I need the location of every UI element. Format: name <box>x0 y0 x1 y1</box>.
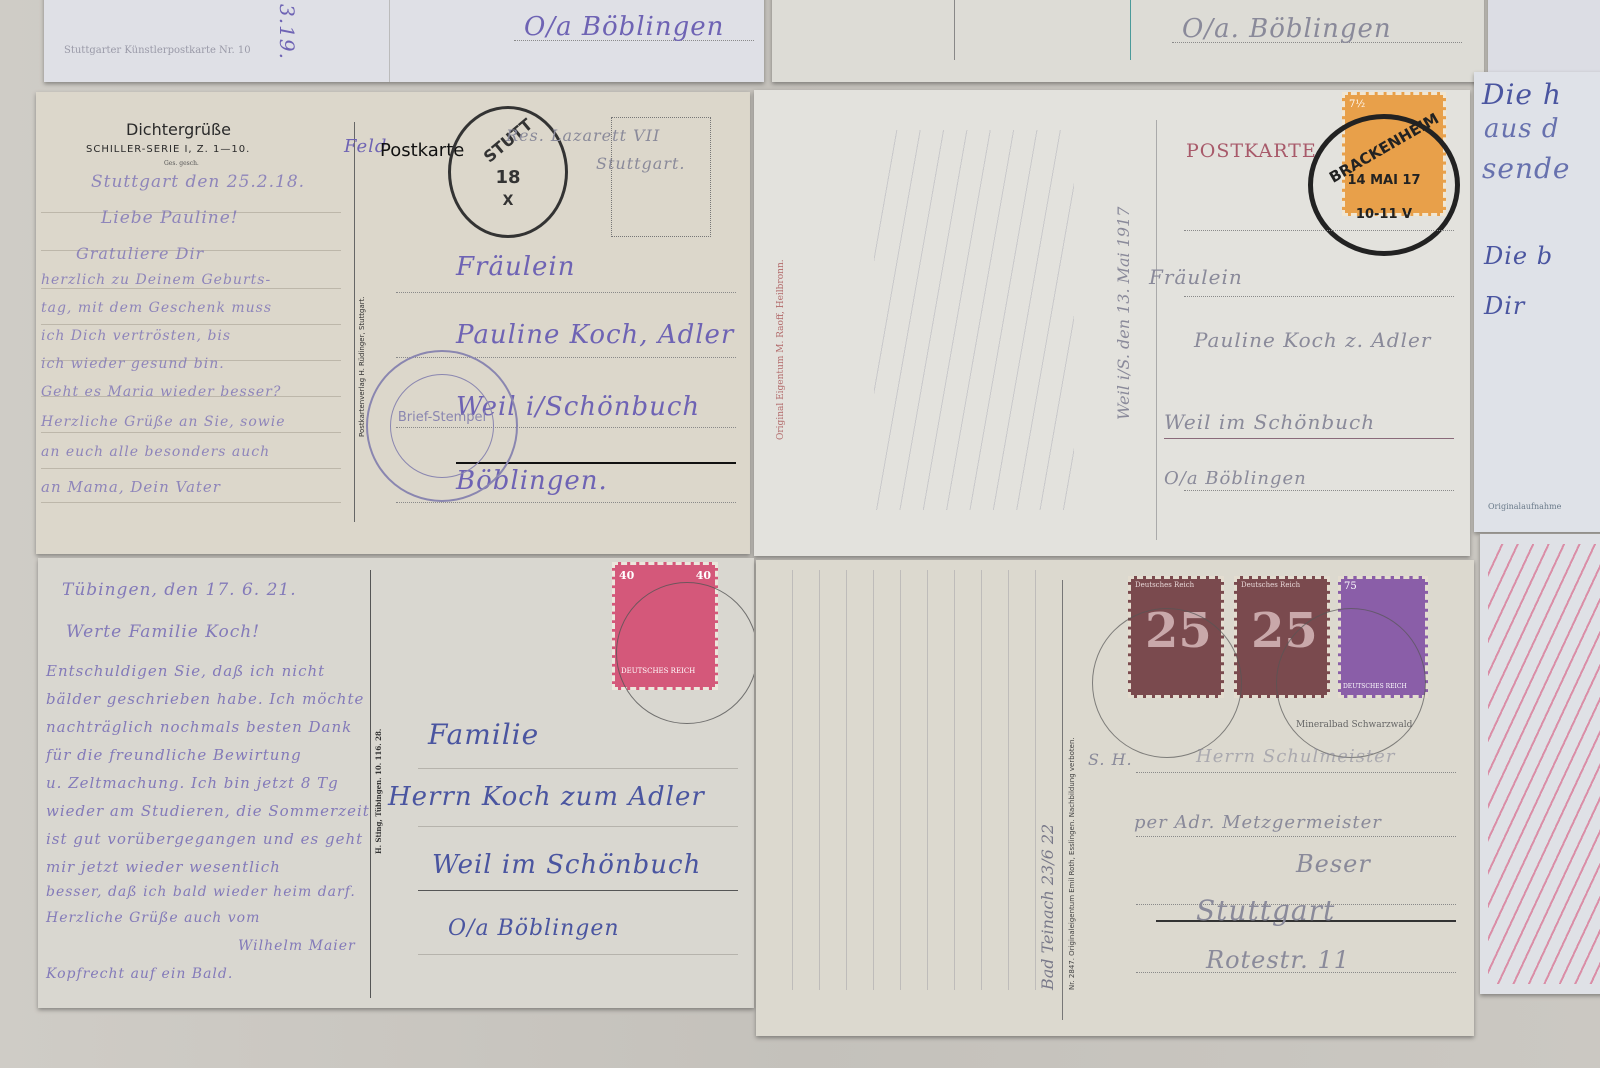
publisher-imprint: Postkartenverlag H. Rüdinger, Stuttgart. <box>358 296 366 437</box>
postkarte-label: POSTKARTE <box>1186 140 1317 162</box>
handwritten-place-date: Bad Teinach 23/6 22 <box>1038 824 1057 990</box>
red-handwriting <box>1488 544 1600 984</box>
postcard-postkarte-brackenheim: Original Eigentum M. Raoff, Heilbronn. W… <box>754 90 1470 556</box>
postcard-top-left: Stuttgarter Künstlerpostkarte Nr. 10 3.1… <box>44 0 764 82</box>
postcard-right-cut: Die h aus d sende Die b Dir Originalaufn… <box>1474 72 1600 532</box>
faded-message <box>874 130 1074 510</box>
postcard-dichtergruesse: Dichtergrüße SCHILLER-SERIE I, Z. 1—10. … <box>36 92 750 554</box>
handwritten-address: O/a Böblingen <box>524 12 724 42</box>
printed-footer: Stuttgarter Künstlerpostkarte Nr. 10 <box>64 45 251 56</box>
postcard-bad-teinach: Bad Teinach 23/6 22 Nr. 2847. Originalei… <box>756 560 1474 1036</box>
postcard-top-right <box>1488 0 1600 72</box>
handwritten-address: O/a. Böblingen <box>1182 14 1392 44</box>
registered-mark: Ges. gesch. <box>164 160 199 167</box>
publisher-imprint: Original Eigentum M. Raoff, Heilbronn. <box>776 259 786 440</box>
publisher-imprint: H. Sting, Tübingen. 10. 116. 28. <box>374 729 383 854</box>
faded-message <box>766 570 1046 990</box>
publisher-imprint: Nr. 2847. Originaleigentum Emil Roth, Es… <box>1068 737 1076 990</box>
printed-footer: Originalaufnahme <box>1488 502 1561 511</box>
postmark-text: Mineralbad Schwarzwald <box>1296 720 1412 730</box>
postcard-top-middle: O/a. Böblingen <box>772 0 1484 82</box>
stamp-placeholder-box <box>611 117 711 237</box>
card-series: SCHILLER-SERIE I, Z. 1—10. <box>86 144 250 155</box>
postmark-tuebingen <box>616 582 754 724</box>
handwritten-date: Weil i/S. den 13. Mai 1917 <box>1114 207 1133 420</box>
lazarett-stamp: Brief-Stempel <box>366 350 518 502</box>
handwritten-date: 3.19. <box>275 4 299 60</box>
postcard-red-ink <box>1480 534 1600 994</box>
postcard-tuebingen: Tübingen, den 17. 6. 21. Werte Familie K… <box>38 558 754 1008</box>
card-title: Dichtergrüße <box>126 120 231 139</box>
postmark-brackenheim: BRACKENHEIM 14 MAI 17 10-11 V <box>1308 114 1460 256</box>
postmark-mineralbad-1 <box>1092 608 1242 758</box>
postmark-mineralbad-2 <box>1276 608 1426 758</box>
